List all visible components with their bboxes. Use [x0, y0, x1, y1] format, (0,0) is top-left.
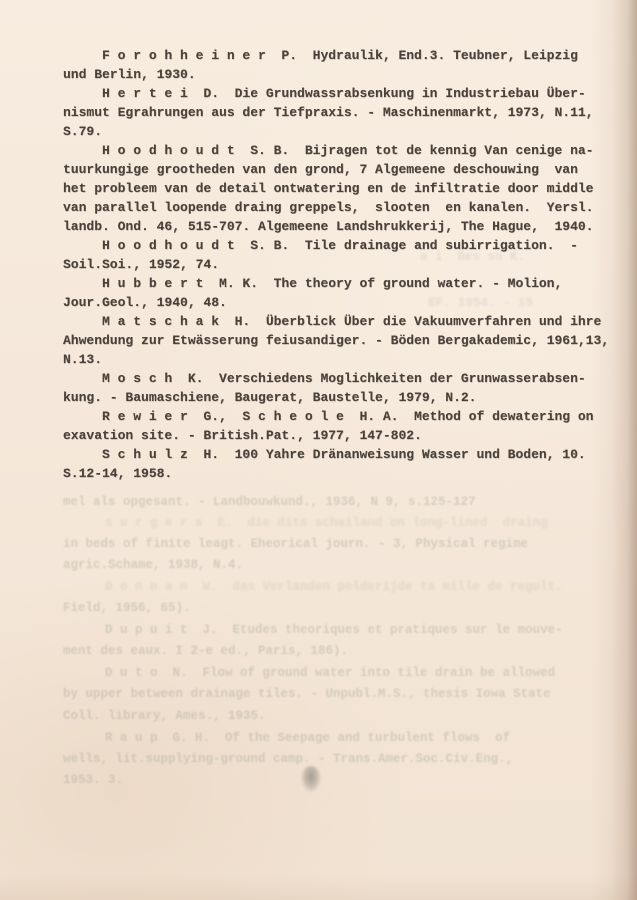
- bibliography-line: S.12-14, 1958.: [63, 464, 618, 483]
- bleed-through-line: ment des eaux. I 2-e ed., Paris, 186).: [63, 644, 348, 658]
- bleed-through-line: agric.Schame, 1938, N.4.: [63, 558, 243, 572]
- bleed-through-line: D u t o N. Flow of ground water into til…: [105, 666, 555, 680]
- bibliography-line: exavation site. - British.Pat., 1977, 14…: [63, 426, 618, 445]
- bleed-through-line: 1953. 3.: [63, 773, 123, 787]
- bibliography-line: nismut Egrahrungen aus der Tiefpraxis. -…: [63, 103, 618, 122]
- bleed-through-line: Field, 1956, 65).: [63, 601, 191, 615]
- bleed-through-line: in beds of finite leagt. Eheorical journ…: [63, 537, 528, 551]
- bibliography-line: M a t s c h a k H. Überblick Über die Va…: [63, 312, 618, 331]
- bleed-through-line: R a u p G. H. Of the Seepage and turbule…: [105, 731, 510, 745]
- bibliography-line: kung. - Baumaschiene, Baugerat, Baustell…: [63, 388, 618, 407]
- bibliography-text-block: F o r o h h e i n e r P. Hydraulik, End.…: [63, 46, 618, 483]
- bibliography-line: S c h u l z H. 100 Yahre Dränanweisung W…: [63, 445, 618, 464]
- bleed-through-line: Coll. library, Ames., 1935.: [63, 709, 266, 723]
- page-edge-shadow-bottom: [0, 874, 637, 900]
- scanned-page: a i Bes so K.EF. 1954. - 15mel als opges…: [0, 0, 637, 900]
- bibliography-line: H o o d h o u d t S. B. Tile drainage an…: [63, 236, 618, 255]
- bleed-through-line: s u r g e r s E. die dits schailand on l…: [105, 516, 548, 530]
- bibliography-line: tuurkungige grootheden van den grond, 7 …: [63, 160, 618, 179]
- bibliography-line: H e r t e i D. Die Grundwassrabsenkung i…: [63, 84, 618, 103]
- ink-smudge: [301, 766, 321, 792]
- bibliography-line: Jour.Geol., 1940, 48.: [63, 293, 618, 312]
- bibliography-line: S.79.: [63, 122, 618, 141]
- bibliography-line: landb. Ond. 46, 515-707. Algemeene Lands…: [63, 217, 618, 236]
- bibliography-line: het probleem van de detail ontwatering e…: [63, 179, 618, 198]
- bleed-through-line: wells, lit.supplying-ground camp. - Tran…: [63, 752, 513, 766]
- bibliography-line: N.13.: [63, 350, 618, 369]
- bleed-through-line: by upper between drainage tiles. - Unpub…: [63, 687, 551, 701]
- bibliography-line: F o r o h h e i n e r P. Hydraulik, End.…: [63, 46, 618, 65]
- bibliography-line: R e w i e r G., S c h e o l e H. A. Meth…: [63, 407, 618, 426]
- bibliography-line: H u b b e r t M. K. The theory of ground…: [63, 274, 618, 293]
- bibliography-line: Soil.Soi., 1952, 74.: [63, 255, 618, 274]
- bleed-through-line: D u p u i t J. Etudes theoriques et prat…: [105, 623, 563, 637]
- bleed-through-line: mel als opgesant. - Landbouwkund., 1936,…: [63, 495, 476, 509]
- bibliography-line: und Berlin, 1930.: [63, 65, 618, 84]
- bibliography-line: van parallel loopende draing greppels, s…: [63, 198, 618, 217]
- bibliography-line: M o s c h K. Verschiedens Moglichkeiten …: [63, 369, 618, 388]
- bibliography-line: Ahwendung zur Etwässerung feiusandiger. …: [63, 331, 618, 350]
- bibliography-line: H o o d h o u d t S. B. Bijragen tot de …: [63, 141, 618, 160]
- bleed-through-line: D o n n a n W. das Verlanden polderijde …: [105, 580, 563, 594]
